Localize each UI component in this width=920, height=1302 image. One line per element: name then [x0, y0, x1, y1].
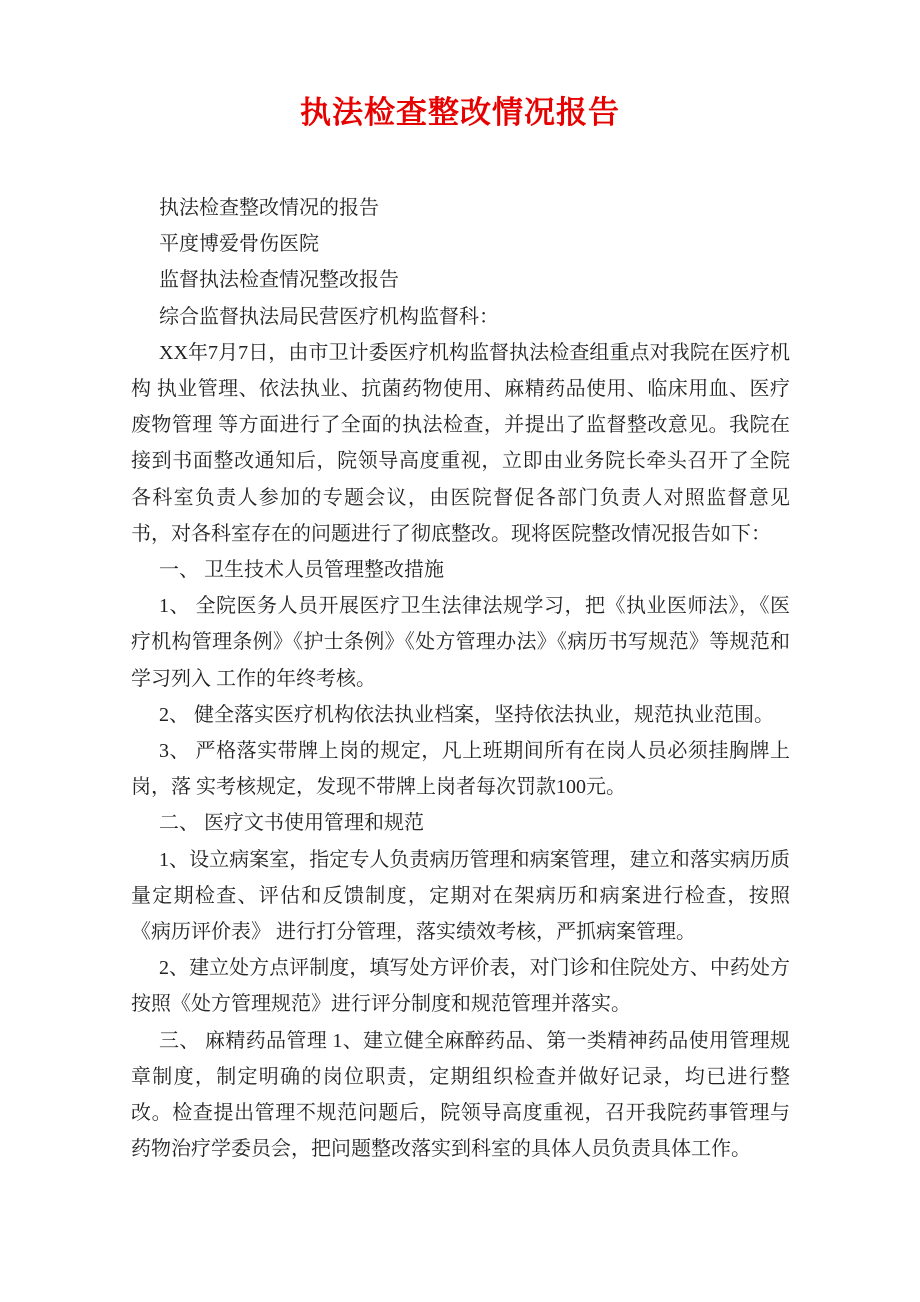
- paragraph: 2、建立处方点评制度，填写处方评价表，对门诊和住院处方、中药处方按照《处方管理规…: [131, 950, 790, 1022]
- document-title: 执法检查整改情况报告: [0, 95, 920, 131]
- paragraph: 监督执法检查情况整改报告: [131, 262, 790, 298]
- paragraph: 1、 全院医务人员开展医疗卫生法律法规学习，把《执业医师法》，《医疗机构管理条例…: [131, 588, 790, 697]
- paragraph: 1、设立病案室，指定专人负责病历管理和病案管理，建立和落实病历质量定期检查、评估…: [131, 842, 790, 951]
- document-page: 执法检查整改情况报告 执法检查整改情况的报告平度博爱骨伤医院监督执法检查情况整改…: [0, 0, 920, 1302]
- paragraph: 平度博爱骨伤医院: [131, 226, 790, 262]
- paragraph: 2、 健全落实医疗机构依法执业档案，坚持依法执业，规范执业范围。: [131, 697, 790, 733]
- paragraph: 二、 医疗文书使用管理和规范: [131, 805, 790, 841]
- paragraph: 一、 卫生技术人员管理整改措施: [131, 552, 790, 588]
- paragraph: 3、 严格落实带牌上岗的规定，凡上班期间所有在岗人员必须挂胸牌上岗，落 实考核规…: [131, 733, 790, 805]
- paragraph: 综合监督执法局民营医疗机构监督科：: [131, 299, 790, 335]
- document-body: 执法检查整改情况的报告平度博爱骨伤医院监督执法检查情况整改报告综合监督执法局民营…: [131, 190, 790, 1167]
- paragraph: XX年7月7日，由市卫计委医疗机构监督执法检查组重点对我院在医疗机构 执业管理、…: [131, 335, 790, 552]
- paragraph: 执法检查整改情况的报告: [131, 190, 790, 226]
- paragraph: 三、 麻精药品管理 1、建立健全麻醉药品、第一类精神药品使用管理规章制度，制定明…: [131, 1023, 790, 1168]
